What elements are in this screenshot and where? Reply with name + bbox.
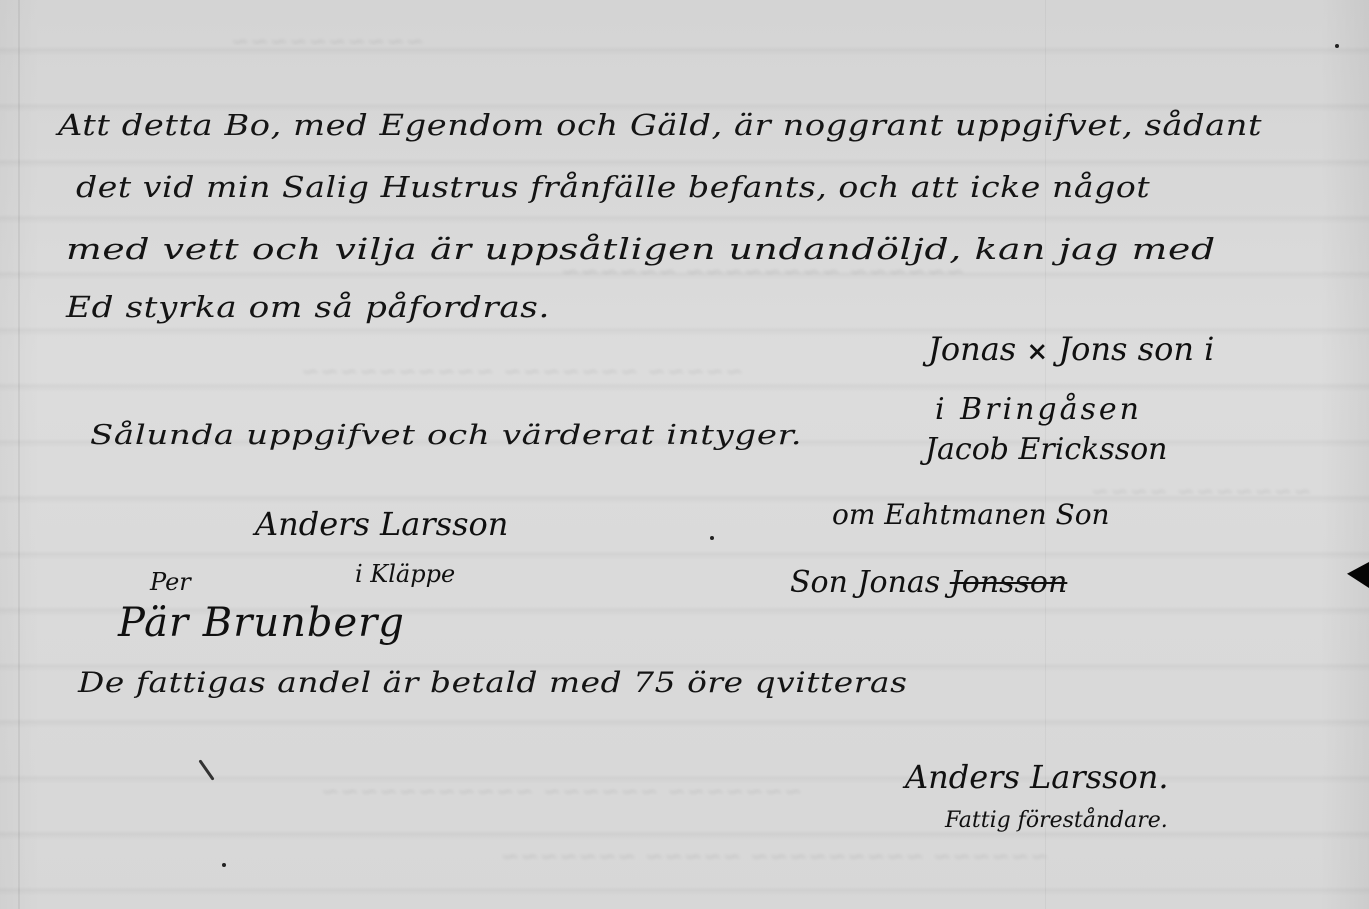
- witness-left-name: Anders Larsson: [255, 505, 508, 543]
- bleed-through-text: ~~~~~~~~~~: [230, 30, 424, 55]
- declarant-signature: Jonas × Jons son i: [928, 330, 1214, 368]
- declarant-place: i Bringåsen: [935, 392, 1142, 427]
- stray-pen-mark: [198, 759, 214, 780]
- document-page: ~~~~~~~~~~ ~~~~~~ ~~~~~~~~ ~~~~~~ ~~~~~ …: [0, 0, 1369, 909]
- stray-ink-dot: [710, 536, 714, 540]
- poor-fund-note: De fattigas andel är betald med 75 öre q…: [78, 666, 908, 699]
- declarant-first-name: Jonas: [928, 330, 1016, 368]
- second-signature: Pär Brunberg: [118, 600, 405, 646]
- witness-right-struck-surname: Jonsson: [950, 565, 1068, 600]
- body-line-2: det vid min Salig Hustrus frånfälle befa…: [76, 170, 1150, 204]
- signature-mark-x: ×: [1026, 337, 1048, 367]
- bleed-through-text: ~~~~~~~ ~~~~: [1090, 480, 1312, 505]
- witness-right-line-3: Son Jonas Jonsson: [790, 565, 1067, 600]
- page-margin-line: [18, 0, 20, 909]
- closing-signature-name: Anders Larsson.: [905, 758, 1169, 796]
- witness-right-line-2: om Eahtmanen Son: [832, 498, 1110, 531]
- witness-left-place: i Kläppe: [355, 560, 455, 588]
- witness-right-first-name: Jonas: [857, 565, 940, 600]
- witness-right-son-prefix: Son: [790, 565, 848, 600]
- stray-ink-dot: [222, 863, 226, 867]
- body-line-4: Ed styrka om så påfordras.: [66, 290, 550, 324]
- bleed-through-text: ~~~~~ ~~~~~~~ ~~~~~~~~~~: [300, 360, 744, 385]
- ink-blot: [1347, 562, 1369, 588]
- bleed-through-text: ~~~~~~ ~~~~~~~~~ ~~~~~ ~~~~~~~: [500, 845, 1049, 870]
- body-line-1: Att detta Bo, med Egendom och Gäld, är n…: [58, 108, 1262, 142]
- body-line-3: med vett och vilja är uppsåtligen undand…: [66, 232, 1216, 266]
- bleed-through-text: ~~~~~~~ ~~~~~~ ~~~~~~~~~~~: [320, 780, 802, 805]
- valuation-statement: Sålunda uppgifvet och värderat intyger.: [90, 420, 802, 451]
- closing-signature-title: Fattig föreståndare.: [945, 808, 1168, 833]
- witness-right-line-1: Jacob Ericksson: [925, 432, 1168, 467]
- declarant-surname: Jons son i: [1058, 330, 1214, 368]
- second-signature-initial: Per: [150, 568, 191, 596]
- stray-ink-dot: [1335, 44, 1339, 48]
